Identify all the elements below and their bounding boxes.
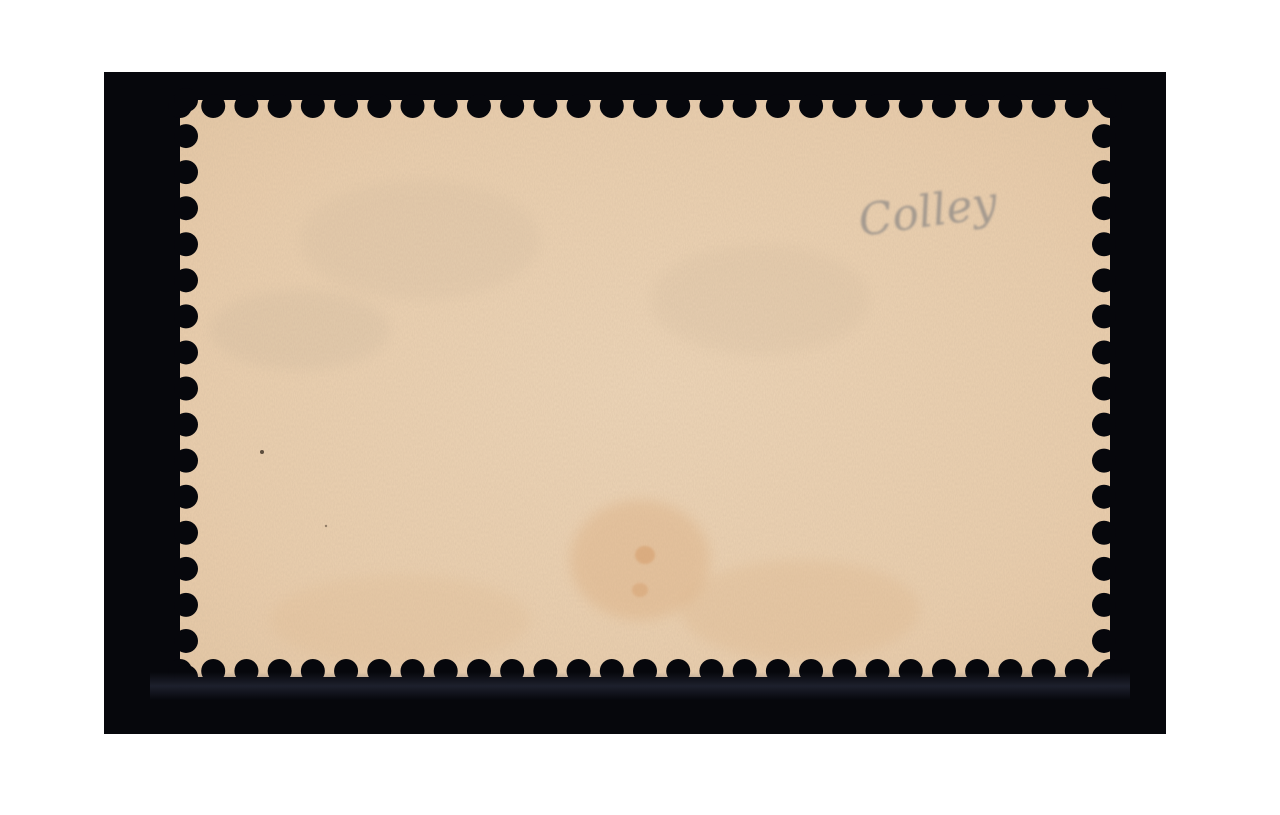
stamp-photo: Colley (0, 0, 1280, 815)
bottom-glare (150, 672, 1130, 700)
